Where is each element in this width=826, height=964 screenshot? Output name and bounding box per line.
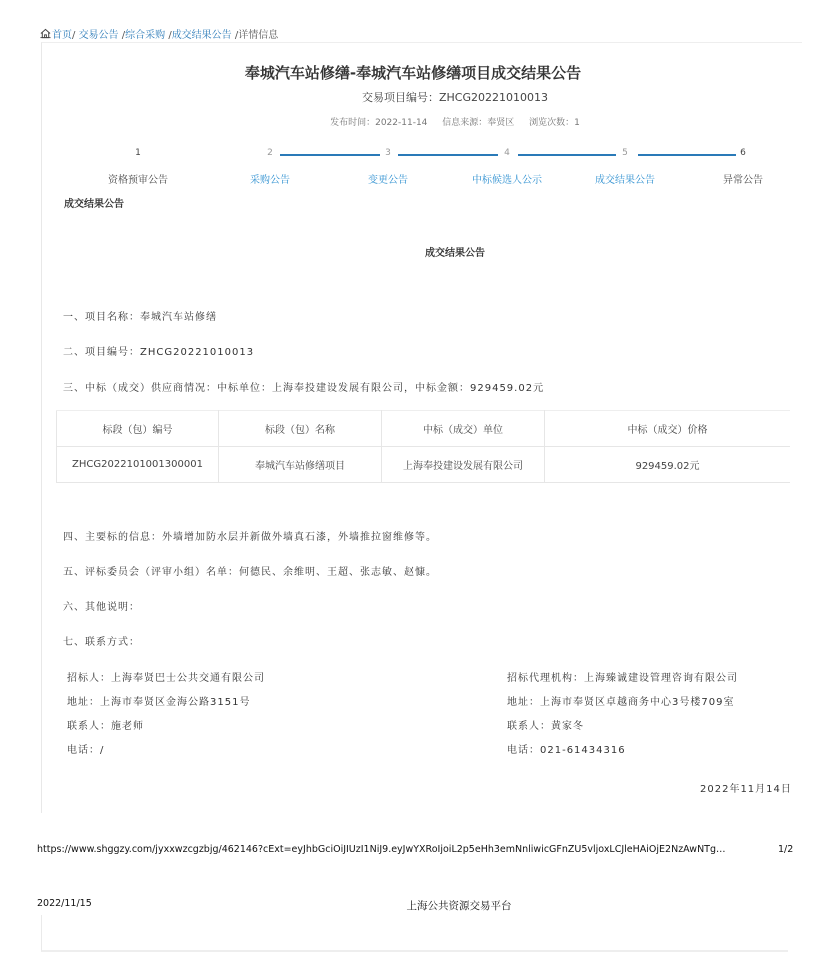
step-1-number: 1 [128, 148, 148, 158]
project-name: 一、项目名称：奉城汽车站修缮 [63, 308, 217, 323]
step-candidate-publicity[interactable]: 中标候选人公示 [452, 171, 562, 186]
contact-heading: 七、联系方式： [63, 633, 140, 648]
tenderer-address: 地址：上海市奉贤区金海公路3151号 [67, 693, 250, 708]
tenderer-phone: 电话：/ [67, 741, 104, 756]
breadcrumb-current: 详情信息 [238, 30, 278, 41]
col-price: 中标（成交）价格 [545, 411, 791, 447]
step-connector [518, 154, 616, 156]
step-exception-notice: 异常公告 [688, 171, 798, 186]
step-3-number: 3 [378, 148, 398, 158]
breadcrumb-procurement[interactable]: 综合采购 [125, 30, 165, 41]
view-count: 浏览次数：1 [529, 118, 580, 128]
step-prequalification: 资格预审公告 [83, 171, 193, 186]
col-lot-number: 标段（包）编号 [57, 411, 219, 447]
breadcrumb: 首页/ 交易公告 /综合采购 /成交结果公告 /详情信息 [40, 26, 278, 41]
col-winner: 中标（成交）单位 [382, 411, 545, 447]
project-code: 二、项目编号：ZHCG20221010013 [63, 343, 254, 358]
committee-list: 五、评标委员会（评审小组）名单：何德民、余维明、王超、张志敏、赵慷。 [63, 563, 437, 578]
step-connector [638, 154, 736, 156]
supplier-info: 三、中标（成交）供应商情况：中标单位：上海奉投建设发展有限公司，中标金额：929… [63, 379, 544, 394]
step-2-number: 2 [260, 148, 280, 158]
cell-winner: 上海奉投建设发展有限公司 [382, 447, 545, 483]
project-number: 交易项目编号：ZHCG20221010013 [0, 89, 826, 105]
main-subject-info: 四、主要标的信息：外墙增加防水层并新做外墙真石漆，外墙推拉窗维修等。 [63, 528, 437, 543]
process-steps: 1 2 3 4 5 6 资格预审公告 采购公告 变更公告 中标候选人公示 成交结… [0, 148, 826, 188]
col-lot-name: 标段（包）名称 [219, 411, 382, 447]
content-card-continued [41, 915, 788, 952]
agency-address: 地址：上海市奉贤区卓越商务中心3号楼709室 [507, 693, 734, 708]
step-result-notice[interactable]: 成交结果公告 [570, 171, 680, 186]
cell-price: 929459.02元 [545, 447, 791, 483]
step-procurement-notice[interactable]: 采购公告 [215, 171, 325, 186]
step-4-number: 4 [497, 148, 517, 158]
step-change-notice[interactable]: 变更公告 [333, 171, 443, 186]
print-page-number: 1/2 [778, 844, 793, 855]
breadcrumb-trade-notice[interactable]: 交易公告 [79, 30, 119, 41]
agency-name: 招标代理机构：上海臻诚建设管理咨询有限公司 [507, 669, 738, 684]
tenderer-name: 招标人：上海奉贤巴士公共交通有限公司 [67, 669, 265, 684]
project-number-value: ZHCG20221010013 [439, 91, 548, 104]
publish-time: 发布时间：2022-11-14 [330, 118, 427, 128]
breadcrumb-separator: / [72, 30, 75, 41]
result-table: 标段（包）编号 标段（包）名称 中标（成交）单位 中标（成交）价格 ZHCG20… [56, 410, 790, 483]
meta-info: 发布时间：2022-11-14 信息来源：奉贤区 浏览次数：1 [0, 115, 826, 128]
breadcrumb-home[interactable]: 首页 [52, 30, 72, 41]
tenderer-contact: 联系人：施老师 [67, 717, 144, 732]
step-5-number: 5 [615, 148, 635, 158]
home-icon[interactable] [40, 28, 51, 39]
print-footer-url: https://www.shggzy.com/jyxxwzcgzbjg/4621… [37, 844, 759, 855]
document-heading: 成交结果公告 [0, 244, 826, 259]
sign-date: 2022年11月14日 [700, 780, 792, 795]
other-notes: 六、其他说明： [63, 598, 140, 613]
step-connector [280, 154, 380, 156]
print-header-site: 上海公共资源交易平台 [0, 898, 826, 913]
cell-lot-number: ZHCG2022101001300001 [57, 447, 219, 483]
step-connector [398, 154, 498, 156]
breadcrumb-result-notice[interactable]: 成交结果公告 [172, 30, 232, 41]
agency-contact: 联系人：黄家冬 [507, 717, 584, 732]
agency-phone: 电话：021-61434316 [507, 741, 626, 756]
page-title: 奉城汽车站修缮-奉城汽车站修缮项目成交结果公告 [0, 62, 826, 83]
cell-lot-name: 奉城汽车站修缮项目 [219, 447, 382, 483]
info-source: 信息来源：奉贤区 [442, 118, 514, 128]
project-number-label: 交易项目编号： [362, 91, 439, 104]
table-header-row: 标段（包）编号 标段（包）名称 中标（成交）单位 中标（成交）价格 [57, 411, 791, 447]
table-row: ZHCG2022101001300001 奉城汽车站修缮项目 上海奉投建设发展有… [57, 447, 791, 483]
step-6-number: 6 [733, 148, 753, 158]
section-tag: 成交结果公告 [64, 195, 124, 210]
